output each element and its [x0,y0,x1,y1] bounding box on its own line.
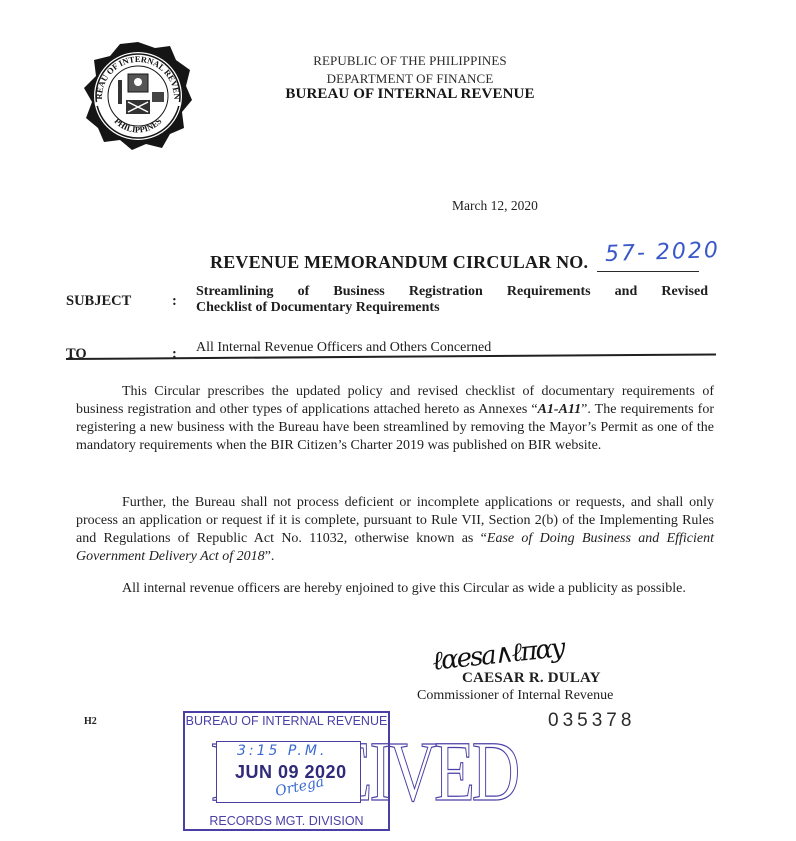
document-code: H2 [84,716,97,727]
signer-name: CAESAR R. DULAY [462,670,601,687]
paragraph-3: All internal revenue officers are hereby… [76,580,714,598]
stamp-division-text: RECORDS MGT. DIVISION [185,814,388,828]
letterhead-republic: REPUBLIC OF THE PHILIPPINES [250,53,570,69]
annex-reference: A1-A11 [538,402,582,417]
paragraph-3-text: All internal revenue officers are hereby… [122,581,686,596]
subject-line-1: Streamlining of Business Registration Re… [196,283,708,300]
bir-seal-icon: BUREAU OF INTERNAL REVENUE PHILIPPINES [82,40,194,152]
circular-title: REVENUE MEMORANDUM CIRCULAR NO. [210,252,588,273]
paragraph-2-text-b: ”. [265,549,275,564]
paragraph-2: Further, the Bureau shall not process de… [76,494,714,566]
subject-label: SUBJECT [66,293,131,310]
signer-title: Commissioner of Internal Revenue [417,688,613,704]
subject-line-2: Checklist of Documentary Requirements [196,300,440,316]
document-date: March 12, 2020 [452,198,538,214]
to-label: TO [66,346,87,363]
received-stamp: BUREAU OF INTERNAL REVENUE RECEIVED 3:15… [183,711,390,831]
subject-colon: : [172,293,177,310]
stamp-time: 3:15 P.M. [237,743,327,759]
stamp-date-box: 3:15 P.M. JUN 09 2020 Ortega [216,741,361,803]
circular-number-handwritten: 57- 2020 [605,238,721,267]
to-colon: : [172,346,177,363]
to-recipients: All Internal Revenue Officers and Others… [196,340,491,356]
paragraph-1: This Circular prescribes the updated pol… [76,383,714,455]
circular-number-underline [597,271,699,272]
reference-number: 035378 [548,710,635,732]
letterhead-bureau: BUREAU OF INTERNAL REVENUE [250,86,570,103]
letterhead-department: DEPARTMENT OF FINANCE [250,71,570,87]
